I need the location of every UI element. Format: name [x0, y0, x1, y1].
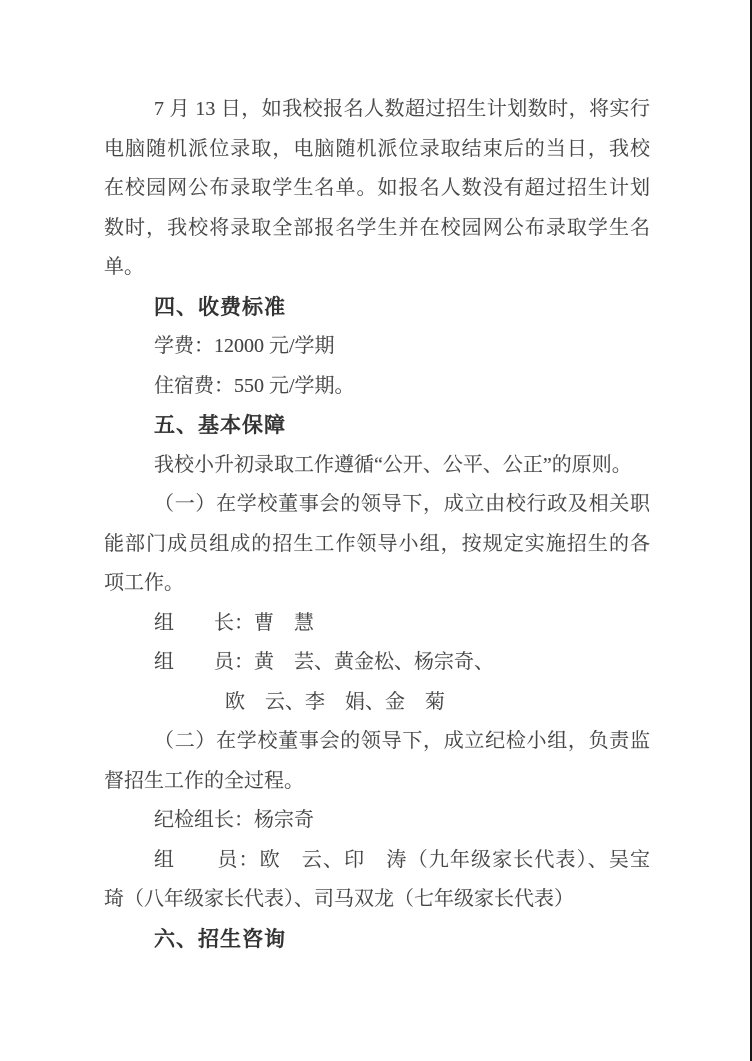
- group-members-line: 组 员：黄 芸、黄金松、杨宗奇、: [104, 643, 650, 683]
- section-heading-consultation: 六、招生咨询: [104, 920, 650, 960]
- principle-line: 我校小升初录取工作遵循“公开、公平、公正”的原则。: [104, 446, 650, 486]
- text-line: （一）在学校董事会的领导下，成立由校行政及相关职: [104, 485, 650, 525]
- text-line: 项工作。: [104, 564, 650, 604]
- text-line: 单。: [104, 248, 650, 288]
- discipline-leader-line: 纪检组长：杨宗奇: [104, 801, 650, 841]
- section-heading-fees: 四、收费标准: [104, 288, 650, 328]
- section-heading-guarantees: 五、基本保障: [104, 406, 650, 446]
- discipline-members-line: 组 员：欧 云、印 涛（九年级家长代表）、吴宝: [104, 841, 650, 881]
- text-line: 7 月 13 日，如我校报名人数超过招生计划数时，将实行: [104, 90, 650, 130]
- document-body: 7 月 13 日，如我校报名人数超过招生计划数时，将实行 电脑随机派位录取，电脑…: [104, 90, 650, 959]
- boarding-fee-line: 住宿费：550 元/学期。: [104, 367, 650, 407]
- text-line: 督招生工作的全过程。: [104, 762, 650, 802]
- discipline-members-continued-line: 琦（八年级家长代表）、司马双龙（七年级家长代表）: [104, 880, 650, 920]
- text-line: 数时，我校将录取全部报名学生并在校园网公布录取学生名: [104, 209, 650, 249]
- group-leader-line: 组 长：曹 慧: [104, 604, 650, 644]
- text-line: （二）在学校董事会的领导下，成立纪检小组，负责监: [104, 722, 650, 762]
- text-line: 能部门成员组成的招生工作领导小组，按规定实施招生的各: [104, 525, 650, 565]
- text-line: 电脑随机派位录取，电脑随机派位录取结束后的当日，我校: [104, 130, 650, 170]
- tuition-fee-line: 学费：12000 元/学期: [104, 327, 650, 367]
- text-line: 在校园网公布录取学生名单。如报名人数没有超过招生计划: [104, 169, 650, 209]
- document-page: 7 月 13 日，如我校报名人数超过招生计划数时，将实行 电脑随机派位录取，电脑…: [0, 0, 752, 1061]
- group-members-continued-line: 欧 云、李 娟、金 菊: [104, 683, 650, 723]
